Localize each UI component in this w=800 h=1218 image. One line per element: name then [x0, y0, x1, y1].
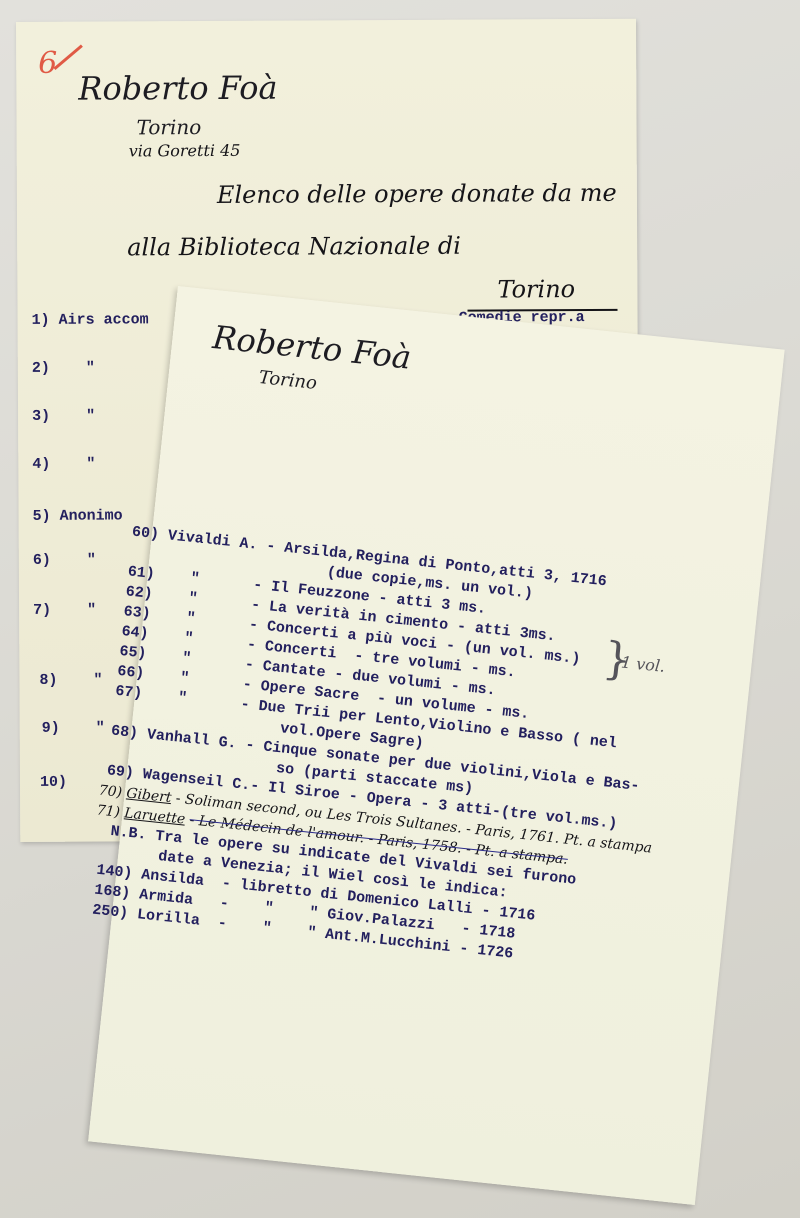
- back-item: 1) Airs accom: [32, 311, 149, 329]
- front-letterhead-city: Torino: [258, 367, 318, 394]
- red-slash: [53, 44, 82, 70]
- handwritten-title-line3: Torino: [497, 275, 575, 303]
- letterhead-address: via Goretti 45: [129, 141, 241, 161]
- back-item: 10): [40, 774, 67, 791]
- letterhead-city: Torino: [136, 115, 201, 139]
- back-item: 5) Anonimo: [33, 507, 123, 524]
- front-sheet: Roberto Foà Torino 60) Vivaldi A. - Arsi…: [88, 286, 785, 1205]
- handwritten-title-line1: Elenco delle opere donate da me: [217, 179, 617, 209]
- entries-list: 60) Vivaldi A. - Arsilda,Regina di Ponto…: [91, 523, 749, 986]
- back-item: 9) ": [42, 720, 105, 737]
- letterhead-name: Roberto Foà: [78, 69, 277, 108]
- back-item: 7) ": [33, 602, 96, 619]
- back-item: 6) ": [33, 552, 96, 569]
- back-item: 2) ": [32, 360, 95, 377]
- margin-brace-icon: }: [601, 637, 633, 684]
- red-page-mark: 6: [38, 46, 57, 81]
- front-letterhead-name: Roberto Foà: [211, 318, 413, 377]
- back-item: 3) ": [32, 408, 95, 425]
- handwritten-title-line2: alla Biblioteca Nazionale di: [127, 232, 461, 262]
- back-item: 8) ": [39, 672, 102, 689]
- back-item: 4) ": [32, 456, 95, 473]
